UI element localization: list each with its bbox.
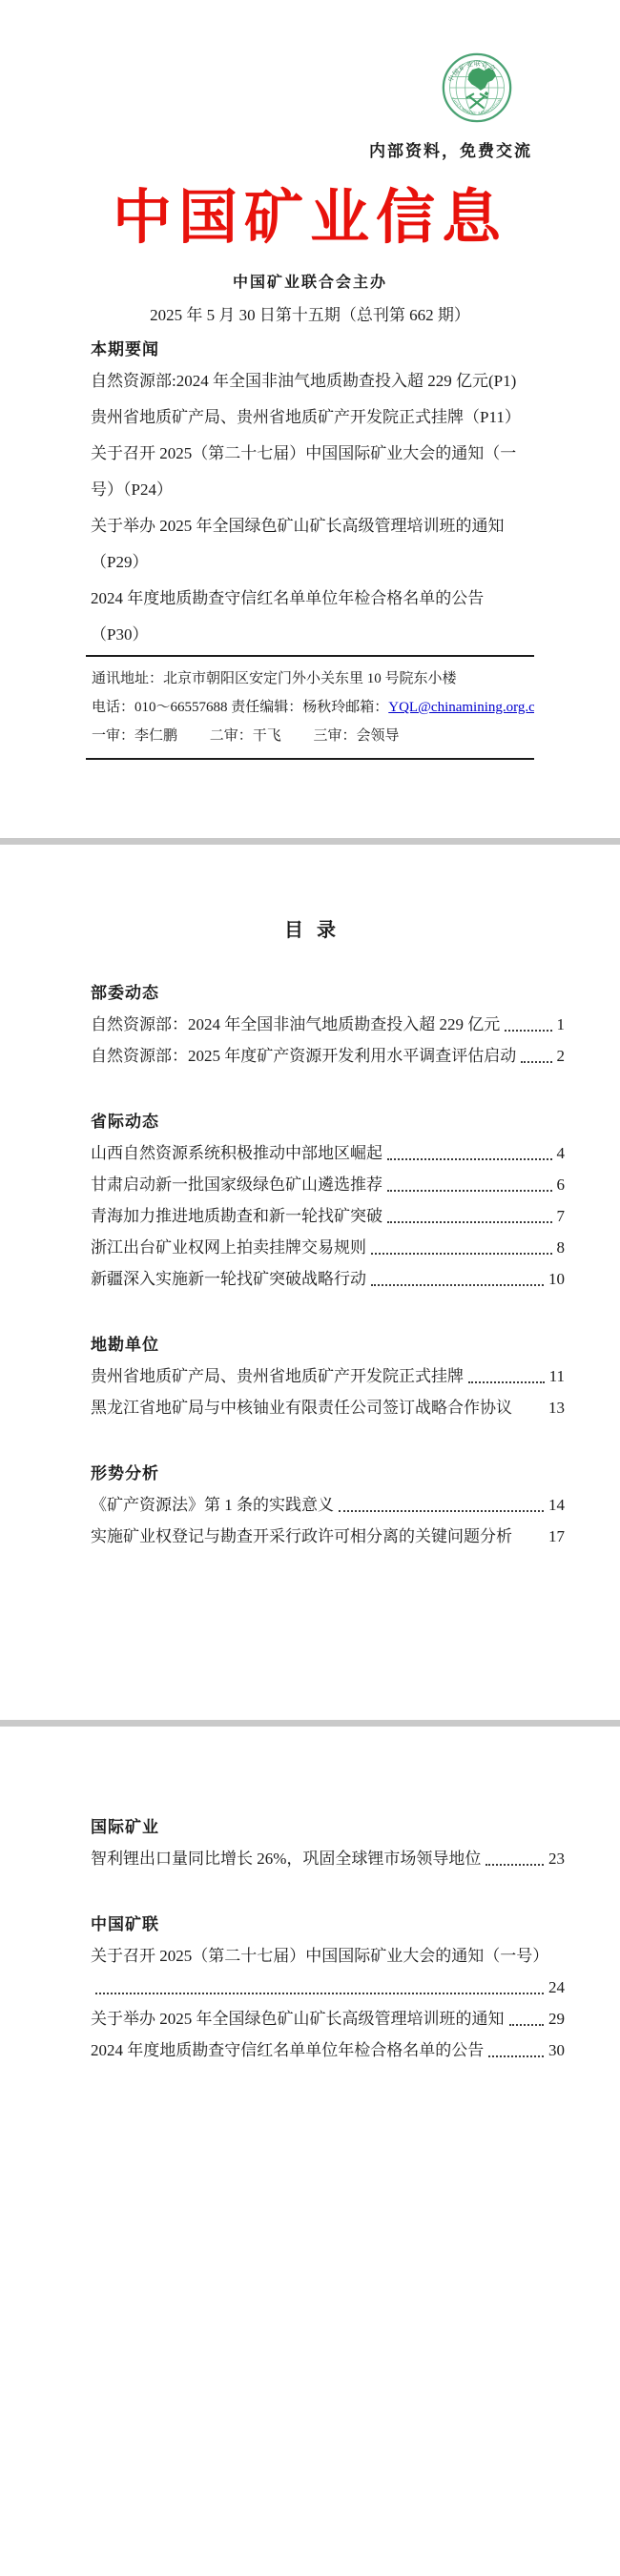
toc-section-heading: 省际动态 (91, 1106, 565, 1137)
toc-page-1: 目录 部委动态自然资源部：2024 年全国非油气地质勘查投入超 229 亿元1自… (0, 845, 620, 1720)
toc-dot-leader (486, 1864, 544, 1866)
toc-section: 地勘单位贵州省地质矿产局、贵州省地质矿产开发院正式挂牌11黑龙江省地矿局与中核铀… (0, 1329, 620, 1423)
toc-page-number: 1 (557, 1009, 566, 1040)
highlight-line: 关于举办 2025 年全国绿色矿山矿长高级管理培训班的通知 (91, 508, 582, 544)
toc-section: 形势分析《矿产资源法》第 1 条的实践意义14实施矿业权登记与勘查开采行政许可相… (0, 1458, 620, 1552)
toc-item-title: 实施矿业权登记与勘查开采行政许可相分离的关键问题分析 (91, 1521, 512, 1552)
toc-dot-leader (387, 1190, 552, 1192)
toc-section-heading: 国际矿业 (91, 1811, 565, 1843)
logo-container: 中国矿业联合会 CHINA MINING ASSOCIATION (0, 0, 620, 126)
toc-section-heading: 形势分析 (91, 1458, 565, 1489)
contact-address-line: 通讯地址：北京市朝阳区安定门外小关东里 10 号院东小楼 (92, 664, 534, 693)
toc-page-number: 23 (548, 1843, 565, 1874)
toc-item-title: 《矿产资源法》第 1 条的实践意义 (91, 1489, 334, 1521)
toc-item-title: 关于举办 2025 年全国绿色矿山矿长高级管理培训班的通知 (91, 2003, 505, 2034)
contact-phone-line: 电话：010～66557688 责任编辑：杨秋玲邮箱：YQL@chinamini… (92, 693, 534, 722)
highlights-heading: 本期要闻 (91, 339, 620, 360)
toc-sections-page2: 部委动态自然资源部：2024 年全国非油气地质勘查投入超 229 亿元1自然资源… (0, 977, 620, 1552)
toc-item: 实施矿业权登记与勘查开采行政许可相分离的关键问题分析17 (91, 1521, 565, 1552)
highlight-line: （P29） (91, 544, 582, 581)
toc-item: 新疆深入实施新一轮找矿突破战略行动10 (91, 1263, 565, 1295)
toc-item-title: 自然资源部：2024 年全国非油气地质勘查投入超 229 亿元 (91, 1009, 500, 1040)
toc-item: 黑龙江省地矿局与中核铀业有限责任公司签订战略合作协议13 (91, 1392, 565, 1423)
toc-item: 24 (91, 1972, 565, 2003)
toc-dot-leader (488, 2055, 544, 2057)
toc-dot-leader (387, 1158, 552, 1160)
toc-page-number: 7 (557, 1200, 566, 1232)
china-mining-association-logo-icon: 中国矿业联合会 CHINA MINING ASSOCIATION (441, 50, 513, 126)
toc-section: 省际动态山西自然资源系统积极推动中部地区崛起4甘肃启动新一批国家级绿色矿山遴选推… (0, 1106, 620, 1295)
toc-page-number: 6 (557, 1169, 566, 1200)
toc-dot-leader (339, 1510, 544, 1512)
toc-dot-leader (509, 2024, 545, 2026)
toc-section-heading: 中国矿联 (91, 1909, 565, 1940)
toc-item: 贵州省地质矿产局、贵州省地质矿产开发院正式挂牌11 (91, 1360, 565, 1392)
highlight-line: 2024 年度地质勘查守信红名单单位年检合格名单的公告 (91, 581, 582, 617)
toc-item-title: 智利锂出口量同比增长 26%，巩固全球锂市场领导地位 (91, 1843, 481, 1874)
toc-title: 目录 (0, 918, 620, 943)
toc-dot-leader (371, 1253, 552, 1255)
toc-page-number: 14 (548, 1489, 565, 1521)
toc-page-number: 29 (548, 2003, 565, 2034)
toc-page-number: 10 (548, 1263, 565, 1295)
highlight-line: 贵州省地质矿产局、贵州省地质矿产开发院正式挂牌（P11） (91, 399, 582, 436)
toc-item-title: 浙江出台矿业权网上拍卖挂牌交易规则 (91, 1232, 366, 1263)
toc-item: 自然资源部：2024 年全国非油气地质勘查投入超 229 亿元1 (91, 1009, 565, 1040)
toc-section-heading: 部委动态 (91, 977, 565, 1009)
toc-dot-leader (387, 1221, 552, 1223)
editor-email-link[interactable]: YQL@chinamining.org.cn (388, 700, 534, 715)
contact-reviewers-line: 一审：李仁鹏 二审：干飞 三审：会领导 (92, 722, 534, 750)
toc-page-number: 11 (549, 1360, 565, 1392)
confidential-note: 内部资料，免费交流 (0, 141, 620, 162)
toc-item: 山西自然资源系统积极推动中部地区崛起4 (91, 1137, 565, 1169)
highlight-line: 关于召开 2025（第二十七届）中国国际矿业大会的通知（一 (91, 436, 582, 472)
toc-page-number: 2 (557, 1040, 566, 1072)
toc-item-title: 贵州省地质矿产局、贵州省地质矿产开发院正式挂牌 (91, 1360, 464, 1392)
toc-section: 部委动态自然资源部：2024 年全国非油气地质勘查投入超 229 亿元1自然资源… (0, 977, 620, 1072)
toc-item: 青海加力推进地质勘查和新一轮找矿突破7 (91, 1200, 565, 1232)
toc-dot-leader (371, 1284, 544, 1286)
toc-section: 中国矿联关于召开 2025（第二十七届）中国国际矿业大会的通知（一号）24关于举… (0, 1909, 620, 2066)
logo-bottom-text: CHINA MINING ASSOCIATION (451, 96, 503, 115)
toc-item-title: 甘肃启动新一批国家级绿色矿山遴选推荐 (91, 1169, 382, 1200)
toc-item: 智利锂出口量同比增长 26%，巩固全球锂市场领导地位23 (91, 1843, 565, 1874)
contact-info-box: 通讯地址：北京市朝阳区安定门外小关东里 10 号院东小楼 电话：010～6655… (86, 655, 534, 760)
toc-item: 关于召开 2025（第二十七届）中国国际矿业大会的通知（一号） (91, 1940, 565, 1972)
third-reviewer: 三审：会领导 (314, 728, 400, 744)
toc-item: 《矿产资源法》第 1 条的实践意义14 (91, 1489, 565, 1521)
toc-dot-leader (505, 1030, 551, 1032)
page-separator (0, 1720, 620, 1727)
toc-page-number: 30 (548, 2034, 565, 2066)
highlights-list: 自然资源部:2024 年全国非油气地质勘查投入超 229 亿元(P1)贵州省地质… (0, 363, 620, 653)
toc-item: 关于举办 2025 年全国绿色矿山矿长高级管理培训班的通知29 (91, 2003, 565, 2034)
toc-item-title: 自然资源部：2025 年度矿产资源开发利用水平调查评估启动 (91, 1040, 516, 1072)
toc-page-number: 4 (557, 1137, 566, 1169)
toc-section: 国际矿业智利锂出口量同比增长 26%，巩固全球锂市场领导地位23 (0, 1811, 620, 1874)
publisher-line: 中国矿业联合会主办 (0, 273, 620, 293)
first-reviewer: 一审：李仁鹏 (92, 728, 177, 744)
toc-item-title: 青海加力推进地质勘查和新一轮找矿突破 (91, 1200, 382, 1232)
toc-dot-leader (521, 1061, 551, 1063)
toc-item-title: 黑龙江省地矿局与中核铀业有限责任公司签订战略合作协议 (91, 1392, 512, 1423)
cover-page: 中国矿业联合会 CHINA MINING ASSOCIATION 内部资料，免费… (0, 0, 620, 838)
toc-section-heading: 地勘单位 (91, 1329, 565, 1360)
toc-dot-leader (468, 1381, 545, 1383)
toc-sections-page3: 国际矿业智利锂出口量同比增长 26%，巩固全球锂市场领导地位23中国矿联关于召开… (0, 1811, 620, 2066)
publication-title: 中国矿业信息 (0, 181, 620, 256)
second-reviewer: 二审：干飞 (210, 728, 281, 744)
highlight-line: （P30） (91, 617, 582, 653)
toc-page-number: 17 (548, 1521, 565, 1552)
toc-page-2: 国际矿业智利锂出口量同比增长 26%，巩固全球锂市场领导地位23中国矿联关于召开… (0, 1727, 620, 2576)
highlight-line: 自然资源部:2024 年全国非油气地质勘查投入超 229 亿元(P1) (91, 363, 582, 399)
toc-item: 甘肃启动新一批国家级绿色矿山遴选推荐6 (91, 1169, 565, 1200)
highlight-line: 号）（P24） (91, 472, 582, 508)
contact-phone-editor-text: 电话：010～66557688 责任编辑：杨秋玲邮箱： (92, 700, 388, 715)
toc-item-title: 2024 年度地质勘查守信红名单单位年检合格名单的公告 (91, 2034, 484, 2066)
crossed-hammers-icon (467, 94, 487, 108)
toc-item-title: 关于召开 2025（第二十七届）中国国际矿业大会的通知（一号） (91, 1940, 548, 1972)
toc-item-title: 山西自然资源系统积极推动中部地区崛起 (91, 1137, 382, 1169)
page-separator (0, 838, 620, 845)
toc-page-number: 24 (548, 1972, 565, 2003)
toc-item: 2024 年度地质勘查守信红名单单位年检合格名单的公告30 (91, 2034, 565, 2066)
issue-date-line: 2025 年 5 月 30 日第十五期（总刊第 662 期） (0, 305, 620, 325)
toc-item-title: 新疆深入实施新一轮找矿突破战略行动 (91, 1263, 366, 1295)
toc-item: 浙江出台矿业权网上拍卖挂牌交易规则8 (91, 1232, 565, 1263)
toc-page-number: 8 (557, 1232, 566, 1263)
toc-page-number: 13 (548, 1392, 565, 1423)
toc-item: 自然资源部：2025 年度矿产资源开发利用水平调查评估启动2 (91, 1040, 565, 1072)
toc-dot-leader (95, 1993, 544, 1994)
